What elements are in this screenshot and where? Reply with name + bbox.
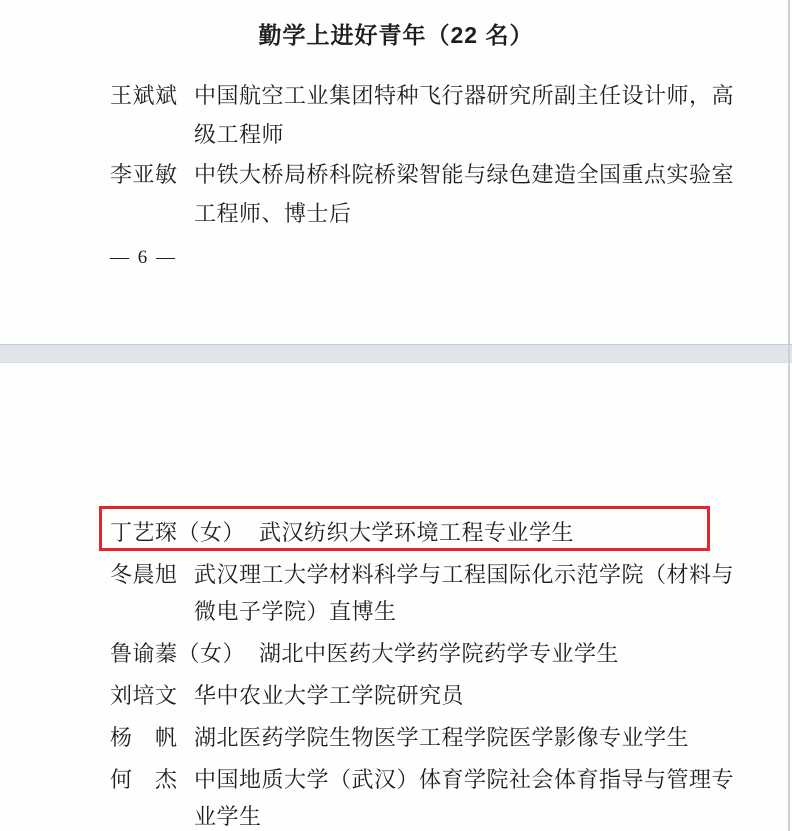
award-entry: 王斌斌中国航空工业集团特种飞行器研究所副主任设计师，高级工程师: [110, 77, 740, 154]
award-entry: 冬晨旭武汉理工大学材料科学与工程国际化示范学院（材料与微电子学院）直博生: [110, 556, 740, 630]
page-2: 丁艺琛（女）武汉纺织大学环境工程专业学生 冬晨旭武汉理工大学材料科学与工程国际化…: [0, 363, 792, 831]
person-affiliation: 中铁大桥局桥科院桥梁智能与绿色建造全国重点实验室工程师、博士后: [194, 162, 734, 226]
person-affiliation: 武汉纺织大学环境工程专业学生: [259, 520, 574, 545]
person-affiliation: 华中农业大学工学院研究员: [194, 683, 464, 708]
page-number: — 6 —: [110, 247, 740, 269]
person-name: 李亚敏: [110, 156, 194, 195]
person-affiliation: 中国地质大学（武汉）体育学院社会体育指导与管理专业学生: [194, 767, 734, 829]
award-entry: 何 杰中国地质大学（武汉）体育学院社会体育指导与管理专业学生: [110, 761, 740, 831]
page-1: 勤学上进好青年（22 名） 王斌斌中国航空工业集团特种飞行器研究所副主任设计师，…: [0, 0, 792, 344]
person-name: 鲁谕蓁（女）: [110, 635, 245, 672]
person-affiliation: 中国航空工业集团特种飞行器研究所副主任设计师，高级工程师: [194, 83, 734, 147]
person-name: 杨 帆: [110, 719, 194, 756]
person-name: 丁艺琛（女）: [110, 514, 245, 551]
page1-entry-list: 王斌斌中国航空工业集团特种飞行器研究所副主任设计师，高级工程师 李亚敏中铁大桥局…: [110, 77, 740, 233]
award-entry: 丁艺琛（女）武汉纺织大学环境工程专业学生: [110, 514, 740, 551]
person-name: 刘培文: [110, 677, 194, 714]
section-title: 勤学上进好青年（22 名）: [0, 20, 792, 50]
award-entry: 李亚敏中铁大桥局桥科院桥梁智能与绿色建造全国重点实验室工程师、博士后: [110, 156, 740, 233]
page-edge-line: [788, 0, 790, 831]
person-name: 冬晨旭: [110, 556, 194, 593]
person-name: 王斌斌: [110, 77, 194, 116]
award-entry: 鲁谕蓁（女）湖北中医药大学药学院药学专业学生: [110, 635, 740, 672]
person-affiliation: 湖北医药学院生物医学工程学院医学影像专业学生: [194, 725, 689, 750]
document-viewer: { "document": { "page1": { "section_titl…: [0, 0, 792, 831]
page-separator: [0, 344, 792, 363]
person-name: 何 杰: [110, 761, 194, 798]
page2-entry-list: 丁艺琛（女）武汉纺织大学环境工程专业学生 冬晨旭武汉理工大学材料科学与工程国际化…: [110, 514, 740, 831]
award-entry: 刘培文华中农业大学工学院研究员: [110, 677, 740, 714]
person-affiliation: 湖北中医药大学药学院药学专业学生: [259, 641, 619, 666]
award-entry: 杨 帆湖北医药学院生物医学工程学院医学影像专业学生: [110, 719, 740, 756]
person-affiliation: 武汉理工大学材料科学与工程国际化示范学院（材料与微电子学院）直博生: [194, 562, 734, 624]
